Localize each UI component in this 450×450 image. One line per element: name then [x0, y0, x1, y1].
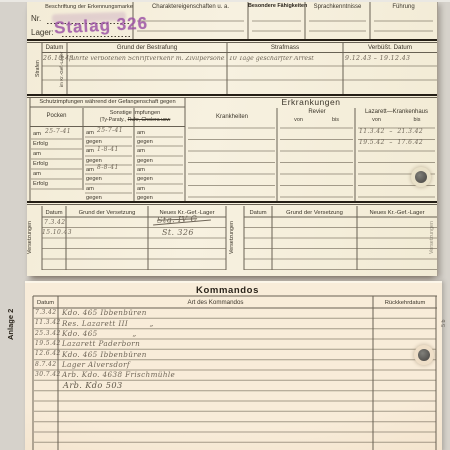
header-charaktereigenschaften: Charaktereigenschaften u. a.: [133, 4, 248, 10]
versetzungen-header-grund: Grund der Versetzung: [272, 210, 357, 216]
lazarett-entry: 19.5.42 – 17.6.42: [359, 140, 423, 146]
kommando-row-datum: 25.3.42: [35, 331, 61, 337]
kommando-row-art: Res. Lazarett III „: [62, 320, 154, 327]
sonstige-gegen-label: gegen: [86, 158, 102, 164]
pocken-erfolg-label: Erfolg: [33, 141, 48, 147]
revier-header: Revier: [279, 109, 355, 115]
versetzungen-side-label: Versetzungen: [428, 209, 437, 267]
sonstige-gegen-label: gegen: [86, 139, 102, 145]
sonstige-gegen-label: gegen: [137, 195, 153, 201]
hole-punch-icon: [418, 349, 430, 361]
sonstige-gegen-label: gegen: [137, 158, 153, 164]
kommando-row-datum: 19.5.42: [35, 341, 61, 347]
impfungen-title: Schutzimpfungen während der Gefangenscha…: [30, 99, 185, 105]
header-fuehrung: Führung: [370, 4, 437, 10]
erkennungsmarke-title: Beschriftung der Erkennungsmarke: [40, 5, 138, 11]
sonstige-am-label: am: [86, 148, 94, 154]
sonstige-gegen-label: gegen: [137, 176, 153, 182]
pocken-am-label: am: [33, 171, 41, 177]
kommandos-header-rueckkehrdatum: Rückkehrdatum: [373, 300, 437, 306]
sonstige-date-entry: 25-7-41: [97, 128, 123, 134]
header-besondere-faehigkeiten: Besondere Fähigkeiten: [248, 4, 305, 10]
kommando-row-art: Lager Alversdorf: [62, 361, 130, 368]
versetzungen-side-label: Versetzungen: [26, 209, 35, 267]
kommandos-title: Kommandos: [25, 286, 430, 296]
pow-record-card-scan: Beschriftung der Erkennungsmarke Nr. Lag…: [0, 0, 450, 450]
versetzung-entry-datum: 7.3.42: [44, 220, 65, 226]
sonstige-gegen-label: gegen: [86, 176, 102, 182]
sonstige-date-entry: 8-8-41: [97, 165, 119, 171]
kommando-row-art: Kdo. 465 Ibbenbüren: [62, 309, 147, 316]
kommandos-header-datum: Datum: [33, 300, 58, 306]
strafen-entry-grund: führte verbotenen Schriftverkehr m. Zivi…: [69, 56, 225, 62]
erkrankungen-title: Erkrankungen: [185, 98, 437, 107]
scan-edge: [0, 0, 450, 2]
kommando-row-datum: 11.3.42: [35, 320, 61, 326]
pocken-erfolg-label: Erfolg: [33, 161, 48, 167]
sonstige-am-label: am: [86, 130, 94, 136]
strafen-entry-verbuesst: 9.12.43 – 19.12.43: [345, 56, 410, 62]
hole-punch-icon: [415, 171, 427, 183]
sonstige-gegen-label: gegen: [86, 195, 102, 201]
pocken-header: Pocken: [30, 113, 83, 119]
sonstige-am-label: am: [137, 167, 145, 173]
sonstige-am-label: am: [86, 167, 94, 173]
lazarett-bis-label: bis: [397, 118, 437, 124]
sonstige-date-entry: 1-8-41: [97, 147, 119, 153]
versetzungen-header-datum: Datum: [244, 210, 272, 216]
revier-von-label: von: [280, 118, 317, 124]
kommando-row-datum: 8.7.42: [35, 362, 56, 368]
sonstige-impfungen-header: Sonstige Impfungen: [85, 110, 185, 116]
sonstige-impfungen-subheader: (Ty-Paraty., Ruhr, Cholera usw: [85, 118, 185, 123]
lazarett-entry: 11.3.42 – 21.3.42: [359, 129, 423, 135]
kommando-row-datum: 30.7.42: [35, 372, 61, 378]
pocken-date-entry: 25-7-41: [45, 129, 71, 135]
pocken-erfolg-label: Erfolg: [33, 181, 48, 187]
kommando-row-datum: 12.6.42: [35, 351, 61, 357]
pocken-am-label: am: [33, 151, 41, 157]
strafen-header-strafmass: Strafmass: [227, 45, 343, 52]
nr-label: Nr.: [31, 15, 41, 23]
versetzungen-header-grund: Grund der Versetzung: [66, 210, 148, 216]
kommando-row-art: Lazarett Paderborn: [62, 340, 140, 347]
kommando-row-art: Kdo. 465 „: [62, 330, 137, 337]
versetzungen-side-label: Versetzungen: [228, 209, 237, 267]
lazarett-von-label: von: [356, 118, 397, 124]
sonstige-am-label: am: [86, 186, 94, 192]
strafen-header-grund: Grund der Bestrafung: [67, 45, 227, 52]
kommando-row-datum: 7.3.42: [35, 310, 56, 316]
sonstige-am-label: am: [137, 148, 145, 154]
pocken-am-label: am: [33, 131, 41, 137]
revier-bis-label: bis: [317, 118, 354, 124]
header-sprachkenntnisse: Sprachkenntnisse: [305, 4, 370, 10]
strafen-header-verbuesst: Verbüßt. Datum: [343, 45, 437, 52]
kommando-row-art: Kdo. 465 Ibbenbüren: [62, 351, 147, 358]
lager-label: Lager:: [31, 29, 54, 37]
kommando-row-art: Arb. Kdo. 4638 Frischmühle: [62, 371, 175, 378]
versetzung-entry-neues-lager: St. 326: [162, 229, 194, 237]
sonstige-gegen-label: gegen: [137, 139, 153, 145]
versetzung-entry-datum: 15.10.43: [42, 230, 72, 236]
sonstige-am-label: am: [137, 130, 145, 136]
strafen-entry-strafmass: 10 Tage geschärfter Arrest: [229, 56, 341, 62]
strafen-header-datum: Datum: [42, 45, 67, 51]
versetzungen-header-datum: Datum: [42, 210, 66, 216]
sonstige-am-label: am: [137, 186, 145, 192]
krankheiten-header: Krankheiten: [187, 114, 277, 120]
versetzungen-header-neues-lager: Neues Kr.-Gef.-Lager: [357, 210, 437, 216]
lazarett-header: Lazarett—Krankenhaus: [356, 109, 437, 115]
kommando-row-art: Arb. Kdo 503: [63, 381, 123, 389]
anlage-side-label: Anlage 2: [5, 301, 17, 347]
kommandos-header-art: Art des Kommandos: [58, 300, 373, 307]
page-edge-note: 5 b: [440, 313, 449, 333]
